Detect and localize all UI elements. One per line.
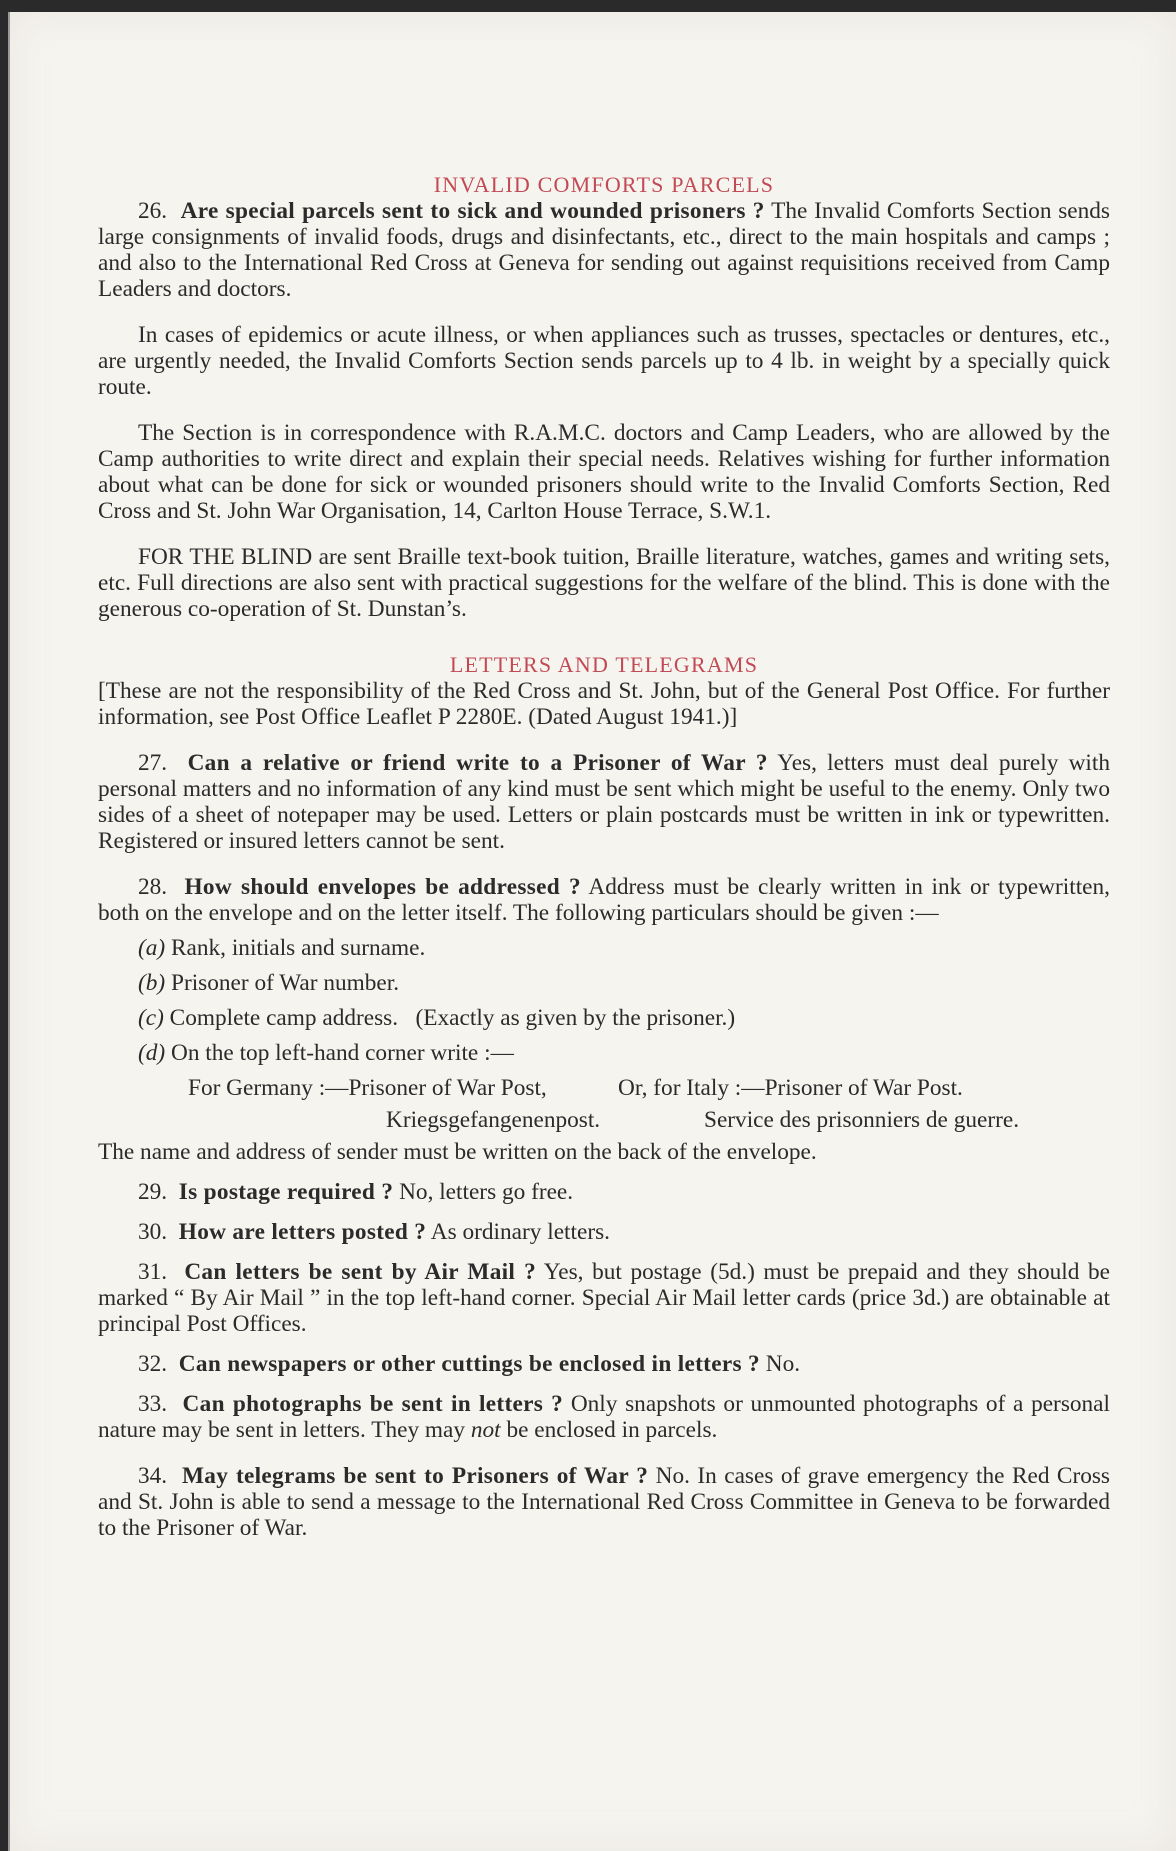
address-item-c: (c) Complete camp address. (Exactly as g…	[98, 1005, 1110, 1031]
address-item-a: (a) Rank, initials and surname.	[98, 935, 1110, 961]
question-27-title: Can a relative or friend write to a Pris…	[188, 750, 768, 776]
address-item-b: (b) Prisoner of War number.	[98, 970, 1110, 996]
paragraph-for-the-blind: FOR THE BLIND are sent Braille text-book…	[98, 544, 1110, 622]
question-30-answer: As ordinary letters.	[426, 1219, 610, 1245]
question-29-title: Is postage required ?	[179, 1179, 393, 1205]
question-29-answer: No, letters go free.	[393, 1179, 573, 1205]
question-32-title: Can newspapers or other cuttings be encl…	[179, 1351, 760, 1377]
question-27: 27. Can a relative or friend write to a …	[98, 750, 1110, 854]
letters-note: [These are not the responsibility of the…	[98, 678, 1110, 730]
section-heading-letters-telegrams: LETTERS AND TELEGRAMS	[98, 652, 1110, 678]
germany-format: For Germany :—Prisoner of War Post,	[188, 1075, 618, 1101]
question-33: 33. Can photographs be sent in letters ?…	[98, 1391, 1110, 1443]
germany-format-translation: Kriegsgefangenenpost.	[386, 1107, 704, 1133]
question-32-answer: No.	[760, 1351, 800, 1377]
document-content: INVALID COMFORTS PARCELS 26. Are special…	[98, 172, 1110, 1541]
question-30: 30. How are letters posted ? As ordinary…	[98, 1219, 1110, 1245]
italy-format-translation: Service des prisonniers de guerre.	[704, 1107, 1019, 1133]
address-formats-line-1: For Germany :—Prisoner of War Post, Or, …	[98, 1075, 1110, 1101]
question-29: 29. Is postage required ? No, letters go…	[98, 1179, 1110, 1205]
document-page: INVALID COMFORTS PARCELS 26. Are special…	[8, 12, 1176, 1851]
for-the-blind-lead: FOR THE BLIND	[138, 544, 312, 570]
sender-instruction: The name and address of sender must be w…	[98, 1139, 1110, 1165]
address-item-d: (d) On the top left-hand corner write :—	[98, 1040, 1110, 1066]
italy-format: Or, for Italy :—Prisoner of War Post.	[618, 1075, 963, 1101]
question-28: 28. How should envelopes be addressed ? …	[98, 874, 1110, 926]
question-30-title: How are letters posted ?	[179, 1219, 426, 1245]
question-34: 34. May telegrams be sent to Prisoners o…	[98, 1463, 1110, 1541]
section-heading-invalid-comforts: INVALID COMFORTS PARCELS	[98, 172, 1110, 198]
question-32: 32. Can newspapers or other cuttings be …	[98, 1351, 1110, 1377]
question-34-title: May telegrams be sent to Prisoners of Wa…	[182, 1463, 648, 1489]
address-formats-line-2: Kriegsgefangenenpost. Service des prison…	[98, 1107, 1110, 1133]
question-26-title: Are special parcels sent to sick and wou…	[181, 198, 765, 224]
question-31: 31. Can letters be sent by Air Mail ? Ye…	[98, 1259, 1110, 1337]
question-28-title: How should envelopes be addressed ?	[184, 874, 581, 900]
paragraph-epidemics: In cases of epidemics or acute illness, …	[98, 322, 1110, 400]
paragraph-section-correspondence: The Section is in correspondence with R.…	[98, 420, 1110, 524]
question-31-title: Can letters be sent by Air Mail ?	[184, 1259, 536, 1285]
emphasis-not: not	[471, 1417, 501, 1443]
question-26: 26. Are special parcels sent to sick and…	[98, 198, 1110, 302]
question-33-title: Can photographs be sent in letters ?	[183, 1391, 564, 1417]
